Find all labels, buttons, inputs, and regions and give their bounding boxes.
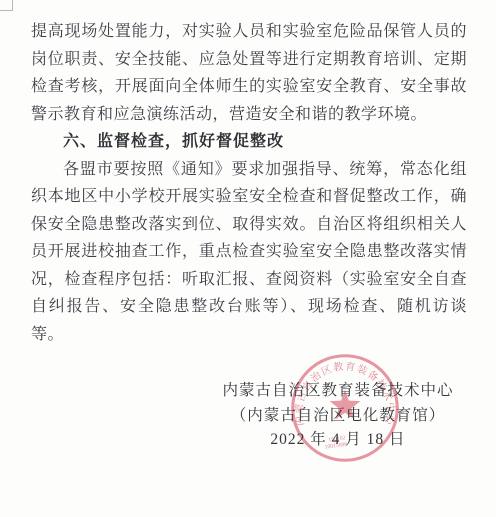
section-heading: 六、监督检查，抓好督促整改 [31,128,467,156]
signature-date: 2022 年 4 月 18 日 [205,428,471,453]
scan-corner-mark [0,0,13,11]
signature-block: 内蒙古自治区教育装备技术中心 （内蒙古自治区电化教育馆） 2022 年 4 月 … [205,379,471,453]
signature-org-line2: （内蒙古自治区电化教育馆） [205,404,471,429]
section-paragraph: 各盟市要按照《通知》要求加强指导、统筹，常态化组织本地区中小学校开展实验室安全检… [31,156,467,349]
document-page: 提高现场处置能力，对实验人员和实验室危险品保管人员的岗位职责、安全技能、应急处置… [0,0,496,517]
paragraph-continuation: 提高现场处置能力，对实验人员和实验室危险品保管人员的岗位职责、安全技能、应急处置… [31,18,467,128]
document-body: 提高现场处置能力，对实验人员和实验室危险品保管人员的岗位职责、安全技能、应急处置… [31,18,467,348]
signature-org-line1: 内蒙古自治区教育装备技术中心 [205,379,471,404]
